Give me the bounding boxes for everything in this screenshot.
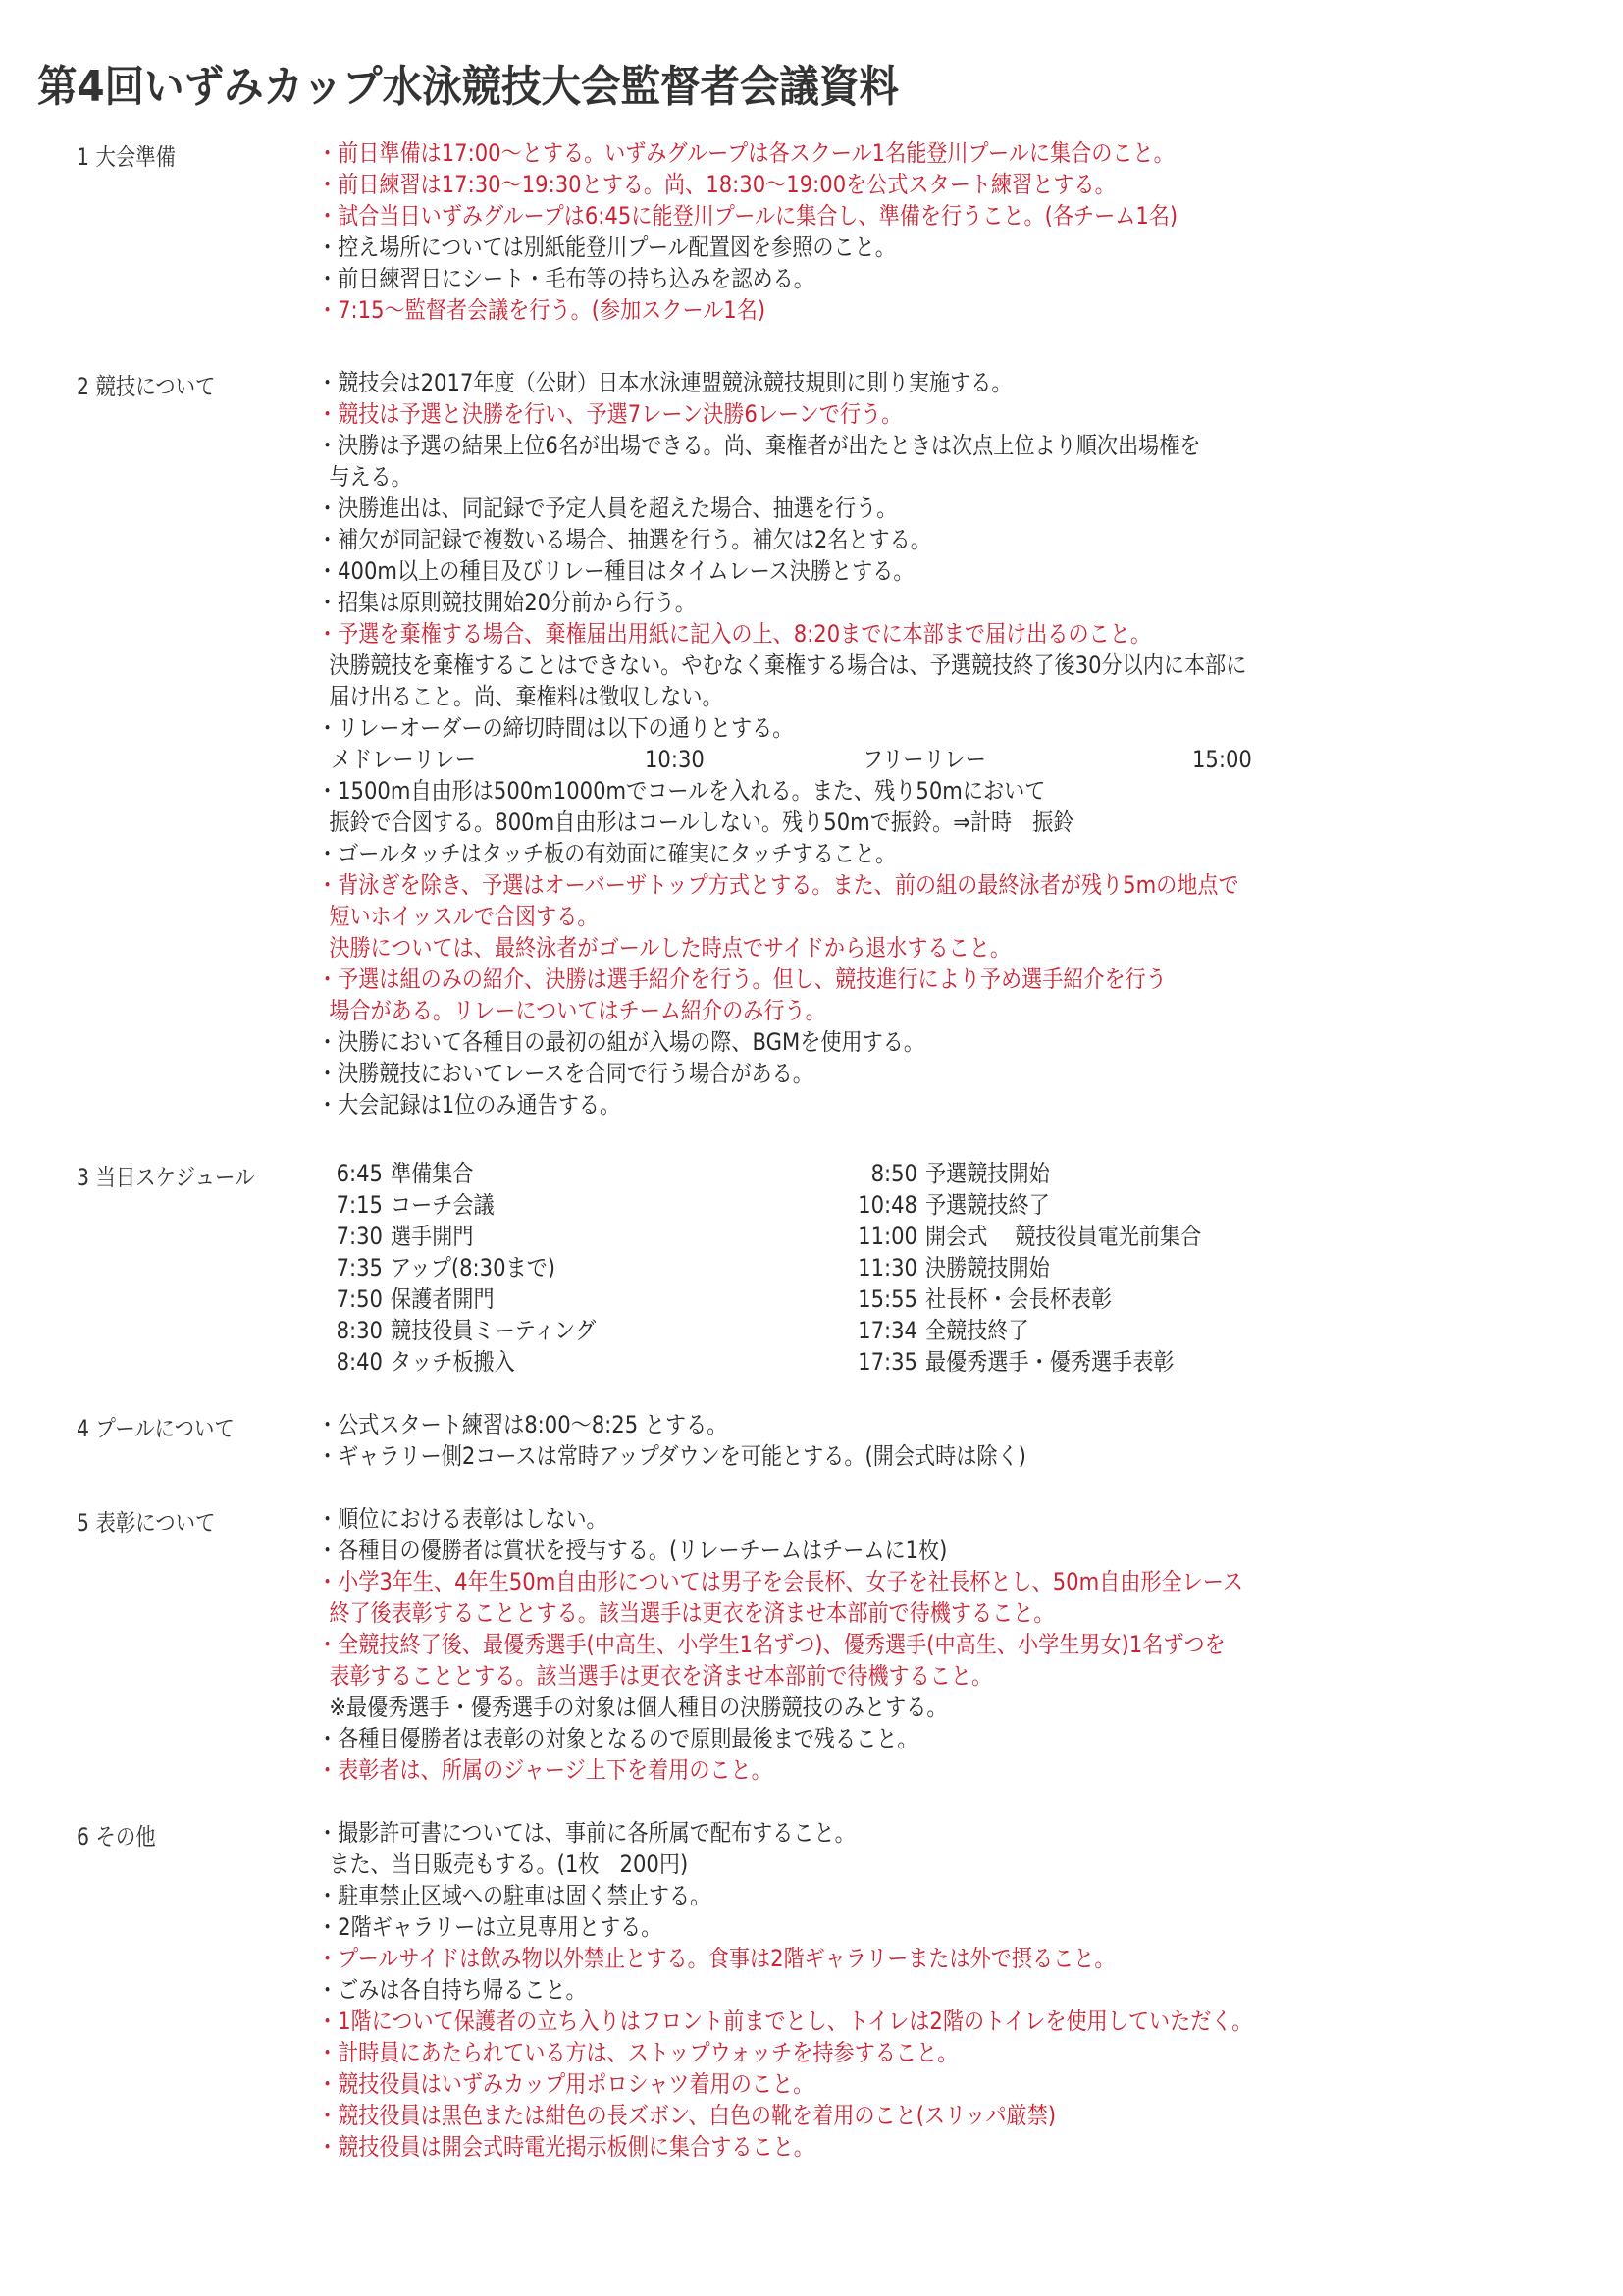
schedule-row: 15:55社長杯・会長杯表彰 <box>819 1283 1408 1315</box>
list-item: ・ゴールタッチはタッチ板の有効面に確実にタッチすること。 <box>317 838 1246 869</box>
list-item: ・各種目の優勝者は賞状を授与する。(リレーチームはチームに1枚) <box>317 1535 1243 1566</box>
list-item: ・前日準備は17:00～とする。いずみグループは各スクール1名能登川プールに集合… <box>317 137 1178 169</box>
list-item-continuation: 届け出ること。尚、棄権料は徴収しない。 <box>317 681 1246 712</box>
list-item: ・前日練習は17:30～19:30とする。尚、18:30～19:00を公式スター… <box>317 169 1178 200</box>
schedule-time: 7:35 <box>296 1252 383 1283</box>
section-label: 5 表彰について <box>77 1503 215 1538</box>
section-items: ・公式スタート練習は8:00～8:25 とする。 ・ギャラリー側2コースは常時ア… <box>317 1409 1123 1472</box>
schedule-row: 11:00開会式 競技役員電光前集合 <box>819 1221 1408 1252</box>
list-item-continuation: 決勝については、最終泳者がゴールした時点でサイドから退水すること。 <box>317 932 1246 964</box>
schedule-time: 10:48 <box>831 1189 917 1221</box>
schedule-event: アップ(8:30まで) <box>391 1252 555 1283</box>
list-item: ・決勝において各種目の最初の組が入場の際、BGMを使用する。 <box>317 1026 1246 1058</box>
schedule-event: 準備集合 <box>391 1158 473 1189</box>
list-item-continuation: 決勝競技を棄権することはできない。やむなく棄権する場合は、予選競技終了後30分以… <box>317 650 1246 681</box>
list-item: ・予選を棄権する場合、棄権届出用紙に記入の上、8:20までに本部まで届け出るのこ… <box>317 618 1246 650</box>
list-item: ・ギャラリー側2コースは常時アップダウンを可能とする。(開会式時は除く) <box>317 1440 1026 1472</box>
list-item: ・試合当日いずみグループは6:45に能登川プールに集合し、準備を行うこと。(各チ… <box>317 200 1178 232</box>
relay-event-free: フリーリレー <box>863 744 986 775</box>
list-item: ・競技会は2017年度（公財）日本水泳連盟競泳競技規則に則り実施する。 <box>317 367 1246 398</box>
list-item: ・7:15～監督者会議を行う。(参加スクール1名) <box>317 294 1178 326</box>
list-item: ・400m以上の種目及びリレー種目はタイムレース決勝とする。 <box>317 555 1246 587</box>
list-item-continuation: また、当日販売もする。(1枚 200円) <box>317 1849 1252 1880</box>
schedule-event: 決勝競技開始 <box>925 1252 1050 1283</box>
list-item: ・競技は予選と決勝を行い、予選7レーン決勝6レーンで行う。 <box>317 398 1246 430</box>
list-item: ・各種目優勝者は表彰の対象となるので原則最後まで残ること。 <box>317 1723 1243 1754</box>
schedule-time: 17:35 <box>831 1346 917 1378</box>
section-items: ・前日準備は17:00～とする。いずみグループは各スクール1名能登川プールに集合… <box>317 137 1295 326</box>
list-item: ・競技役員はいずみカップ用ポロシャツ着用のこと。 <box>317 2068 1252 2100</box>
schedule-right-column: 8:50予選競技開始 10:48予選競技終了 11:00開会式 競技役員電光前集… <box>819 1158 1408 1378</box>
relay-time-free: 15:00 <box>1192 744 1252 775</box>
list-item: ・小学3年生、4年生50m自由形については男子を会長杯、女子を社長杯とし、50m… <box>317 1566 1243 1597</box>
section-items: ・順位における表彰はしない。 ・各種目の優勝者は賞状を授与する。(リレーチームは… <box>317 1503 1370 1786</box>
schedule-time: 8:40 <box>296 1346 383 1378</box>
list-item: ・競技役員は黒色または紺色の長ズボン、白色の靴を着用のこと(スリッパ厳禁) <box>317 2100 1252 2131</box>
list-item-continuation: 場合がある。リレーについてはチーム紹介のみ行う。 <box>317 995 1246 1026</box>
schedule-row: 6:45準備集合 <box>285 1158 873 1189</box>
list-item: ・表彰者は、所属のジャージ上下を着用のこと。 <box>317 1754 1243 1786</box>
section-label: 2 競技について <box>77 367 215 401</box>
list-item: ・招集は原則競技開始20分前から行う。 <box>317 587 1246 618</box>
schedule-row: 7:50保護者開門 <box>285 1283 873 1315</box>
schedule-time: 15:55 <box>831 1283 917 1315</box>
schedule-time: 8:30 <box>296 1315 383 1346</box>
list-item: ・2階ギャラリーは立見専用とする。 <box>317 1911 1252 1943</box>
schedule-row: 17:34全競技終了 <box>819 1315 1408 1346</box>
schedule-row: 7:35アップ(8:30まで) <box>285 1252 873 1283</box>
list-item: ・駐車禁止区域への駐車は固く禁止する。 <box>317 1880 1252 1911</box>
schedule-row: 8:30競技役員ミーティング <box>285 1315 873 1346</box>
list-item-continuation: 振鈴で合図する。800m自由形はコールしない。残り50mで振鈴。⇒計時 振鈴 <box>317 807 1246 838</box>
list-item: ・決勝進出は、同記録で予定人員を超えた場合、抽選を行う。 <box>317 493 1246 524</box>
list-item: ・ごみは各自持ち帰ること。 <box>317 1974 1252 2006</box>
list-item-continuation: 表彰することとする。該当選手は更衣を済ませ本部前で待機すること。 <box>317 1660 1243 1692</box>
list-item: ・全競技終了後、最優秀選手(中高生、小学生1名ずつ)、優秀選手(中高生、小学生男… <box>317 1629 1243 1660</box>
list-item: ・予選は組のみの紹介、決勝は選手紹介を行う。但し、競技進行により予め選手紹介を行… <box>317 964 1246 995</box>
list-item: ・計時員にあたられている方は、ストップウォッチを持参すること。 <box>317 2037 1252 2068</box>
section-label: 1 大会準備 <box>77 137 176 172</box>
list-item-continuation: 短いホイッスルで合図する。 <box>317 901 1246 932</box>
list-item: ・順位における表彰はしない。 <box>317 1503 1243 1535</box>
schedule-event: 全競技終了 <box>925 1315 1029 1346</box>
schedule-event: タッチ板搬入 <box>391 1346 515 1378</box>
schedule-event: 選手開門 <box>391 1221 473 1252</box>
schedule-time: 8:50 <box>831 1158 917 1189</box>
schedule-event: 競技役員ミーティング <box>391 1315 596 1346</box>
schedule-event: 開会式 競技役員電光前集合 <box>925 1221 1201 1252</box>
schedule-row: 17:35最優秀選手・優秀選手表彰 <box>819 1346 1408 1378</box>
schedule-time: 11:00 <box>831 1221 917 1252</box>
list-item: ・競技役員は開会式時電光掲示板側に集合すること。 <box>317 2131 1252 2163</box>
relay-deadlines: メドレーリレー 10:30 フリーリレー 15:00 <box>317 744 1374 775</box>
section-items: ・競技会は2017年度（公財）日本水泳連盟競泳競技規則に則り実施する。 ・競技は… <box>317 367 1374 1121</box>
list-item: ・1階について保護者の立ち入りはフロント前までとし、トイレは2階のトイレを使用し… <box>317 2006 1252 2037</box>
list-item: ・リレーオーダーの締切時間は以下の通りとする。 <box>317 712 1246 744</box>
schedule-time: 7:15 <box>296 1189 383 1221</box>
list-item: ・補欠が同記録で複数いる場合、抽選を行う。補欠は2名とする。 <box>317 524 1246 555</box>
schedule-row: 11:30決勝競技開始 <box>819 1252 1408 1283</box>
list-item-continuation: 終了後表彰することとする。該当選手は更衣を済ませ本部前で待機すること。 <box>317 1597 1243 1629</box>
section-label: 6 その他 <box>77 1817 156 1852</box>
relay-time-medley: 10:30 <box>645 744 705 775</box>
list-item-continuation: 与える。 <box>317 461 1246 493</box>
schedule-event: 予選競技終了 <box>925 1189 1050 1221</box>
list-item: ・1500m自由形は500m1000mでコールを入れる。また、残り50mにおいて <box>317 775 1246 807</box>
schedule-time: 7:50 <box>296 1283 383 1315</box>
page-title: 第4回いずみカップ水泳競技大会監督者会議資料 <box>37 51 899 114</box>
list-item: ・控え場所については別紙能登川プール配置図を参照のこと。 <box>317 232 1178 263</box>
list-item: ・決勝は予選の結果上位6名が出場できる。尚、棄権者が出たときは次点上位より順次出… <box>317 430 1246 461</box>
list-item: ・大会記録は1位のみ通告する。 <box>317 1089 1246 1121</box>
schedule-time: 7:30 <box>296 1221 383 1252</box>
schedule-time: 6:45 <box>296 1158 383 1189</box>
relay-event-medley: メドレーリレー <box>331 744 476 775</box>
schedule-event: 最優秀選手・優秀選手表彰 <box>925 1346 1174 1378</box>
schedule-event: 保護者開門 <box>391 1283 495 1315</box>
schedule-event: コーチ会議 <box>391 1189 495 1221</box>
schedule-time: 17:34 <box>831 1315 917 1346</box>
schedule-row: 7:30選手開門 <box>285 1221 873 1252</box>
schedule-time: 11:30 <box>831 1252 917 1283</box>
schedule-row: 8:40タッチ板搬入 <box>285 1346 873 1378</box>
list-item: ・撮影許可書については、事前に各所属で配布すること。 <box>317 1817 1252 1849</box>
section-label: 3 当日スケジュール <box>77 1158 254 1192</box>
schedule-row: 10:48予選競技終了 <box>819 1189 1408 1221</box>
section-items: ・撮影許可書については、事前に各所属で配布すること。 また、当日販売もする。(1… <box>317 1817 1380 2163</box>
section-label: 4 プールについて <box>77 1409 235 1443</box>
schedule-row: 7:15コーチ会議 <box>285 1189 873 1221</box>
list-item: ・決勝競技においてレースを合同で行う場合がある。 <box>317 1058 1246 1089</box>
list-item: ・背泳ぎを除き、予選はオーバーザトップ方式とする。また、前の組の最終泳者が残り5… <box>317 869 1246 901</box>
schedule-event: 予選競技開始 <box>925 1158 1050 1189</box>
list-item: ・プールサイドは飲み物以外禁止とする。食事は2階ギャラリーまたは外で摂ること。 <box>317 1943 1252 1974</box>
schedule-left-column: 6:45準備集合 7:15コーチ会議 7:30選手開門 7:35アップ(8:30… <box>285 1158 873 1378</box>
list-item: ・前日練習日にシート・毛布等の持ち込みを認める。 <box>317 263 1178 294</box>
schedule-row: 8:50予選競技開始 <box>819 1158 1408 1189</box>
list-item-note: ※最優秀選手・優秀選手の対象は個人種目の決勝競技のみとする。 <box>317 1692 1243 1723</box>
schedule-event: 社長杯・会長杯表彰 <box>925 1283 1112 1315</box>
list-item: ・公式スタート練習は8:00～8:25 とする。 <box>317 1409 1026 1440</box>
